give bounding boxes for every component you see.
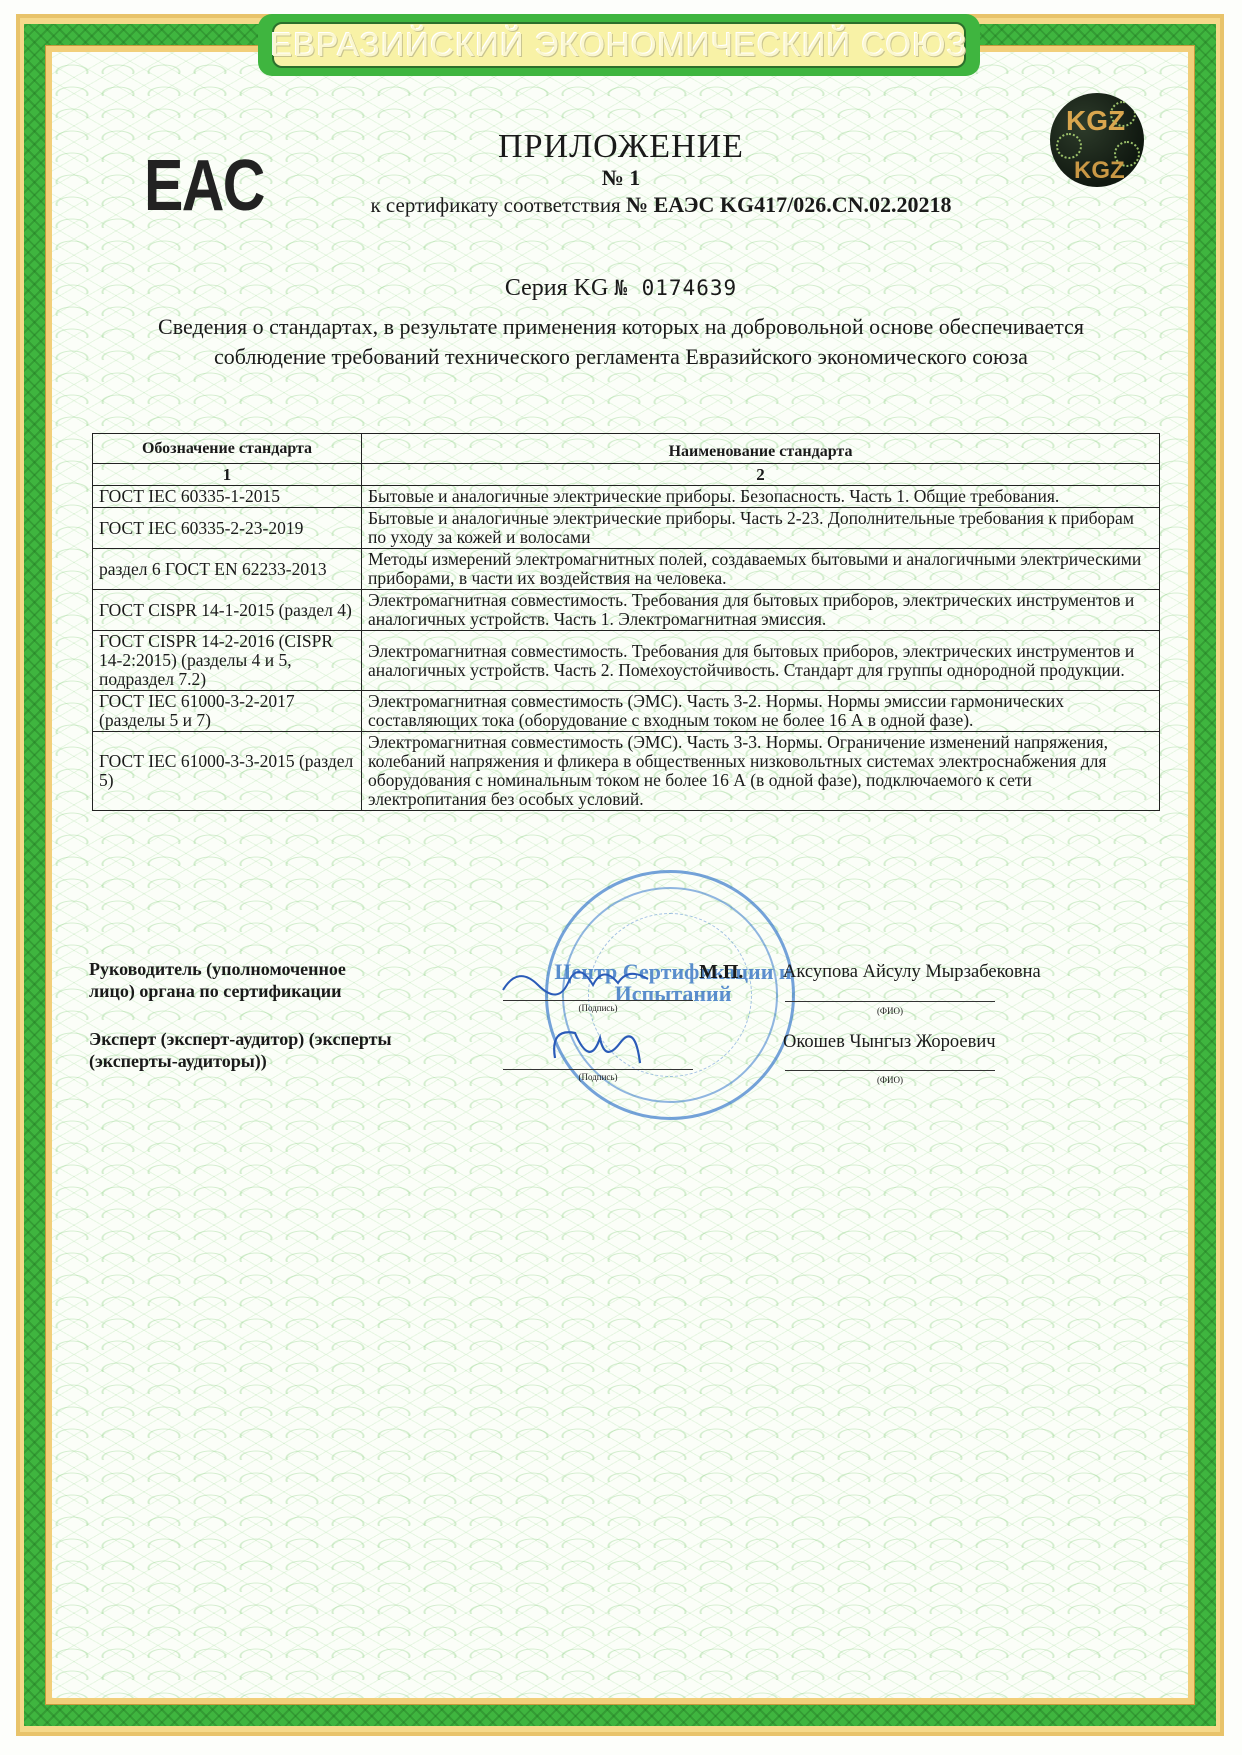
series-line: Серия KG № 0174639	[0, 275, 1242, 302]
intro-text: Сведения о стандартах, в результате прим…	[0, 312, 1242, 372]
standard-name: Электромагнитная совместимость (ЭМС). Ча…	[362, 732, 1160, 811]
sign-line-head	[503, 1000, 693, 1001]
sign-caption-expert: (Подпись)	[503, 1072, 693, 1082]
series-number: № 0174639	[614, 276, 737, 300]
standard-code: ГОСТ CISPR 14-1-2015 (раздел 4)	[93, 590, 362, 631]
fio-line-head	[785, 1001, 995, 1002]
standard-code: ГОСТ IEC 60335-1-2015	[93, 486, 362, 508]
fio-caption-head: (ФИО)	[785, 1006, 995, 1016]
table-row: ГОСТ CISPR 14-2-2016 (CISPR 14-2:2015) (…	[93, 631, 1160, 691]
expert-name: Окошев Чынгыз Жороевич	[783, 1032, 996, 1053]
index-row: 1 2	[93, 464, 1160, 486]
sign-caption-head: (Подпись)	[503, 1003, 693, 1013]
standard-name: Электромагнитная совместимость. Требован…	[362, 590, 1160, 631]
standard-code: ГОСТ CISPR 14-2-2016 (CISPR 14-2:2015) (…	[93, 631, 362, 691]
standard-name: Электромагнитная совместимость (ЭМС). Ча…	[362, 691, 1160, 732]
sign-line-expert	[503, 1069, 693, 1070]
fio-line-expert	[785, 1070, 995, 1071]
signature-head	[498, 955, 658, 1005]
table-row: ГОСТ CISPR 14-1-2015 (раздел 4)Электрома…	[93, 590, 1160, 631]
table-row: ГОСТ IEC 61000-3-2-2017 (разделы 5 и 7)Э…	[93, 691, 1160, 732]
standard-name: Бытовые и аналогичные электрические приб…	[362, 508, 1160, 549]
column-header-code: Обозначение стандарта	[93, 434, 362, 464]
standard-name: Электромагнитная совместимость. Требован…	[362, 631, 1160, 691]
fio-caption-expert: (ФИО)	[785, 1075, 995, 1085]
standard-code: ГОСТ IEC 61000-3-3-2015 (раздел 5)	[93, 732, 362, 811]
table-row: ГОСТ IEC 61000-3-3-2015 (раздел 5)Электр…	[93, 732, 1160, 811]
table-row: раздел 6 ГОСТ EN 62233-2013Методы измере…	[93, 549, 1160, 590]
standard-code: раздел 6 ГОСТ EN 62233-2013	[93, 549, 362, 590]
standard-code: ГОСТ IEC 61000-3-2-2017 (разделы 5 и 7)	[93, 691, 362, 732]
seal-place-label: М.П.	[699, 961, 743, 984]
banner-text: ЕВРАЗИЙСКИЙ ЭКОНОМИЧЕСКИЙ СОЮЗ	[270, 26, 967, 64]
column-header-name: Наименование стандарта	[362, 434, 1160, 464]
header-banner: ЕВРАЗИЙСКИЙ ЭКОНОМИЧЕСКИЙ СОЮЗ	[258, 14, 980, 76]
page-title: ПРИЛОЖЕНИЕ	[0, 128, 1242, 166]
head-label: Руководитель (уполномоченное лицо) орган…	[89, 958, 389, 1002]
standard-code: ГОСТ IEC 60335-2-23-2019	[93, 508, 362, 549]
table-row: ГОСТ IEC 60335-2-23-2019Бытовые и аналог…	[93, 508, 1160, 549]
appendix-number: № 1	[0, 165, 1242, 191]
certificate-number: № ЕАЭС KG417/026.CN.02.20218	[626, 192, 952, 217]
standard-name: Методы измерений электромагнитных полей,…	[362, 549, 1160, 590]
head-name: Аксупова Айсулу Мырзабековна	[783, 962, 1041, 983]
certificate-reference: к сертификату соответствия № ЕАЭС KG417/…	[40, 192, 1242, 218]
standards-table: Обозначение стандарта Наименование станд…	[92, 433, 1160, 811]
table-row: ГОСТ IEC 60335-1-2015Бытовые и аналогичн…	[93, 486, 1160, 508]
standard-name: Бытовые и аналогичные электрические приб…	[362, 486, 1160, 508]
expert-label: Эксперт (эксперт-аудитор) (эксперты (экс…	[89, 1028, 409, 1072]
